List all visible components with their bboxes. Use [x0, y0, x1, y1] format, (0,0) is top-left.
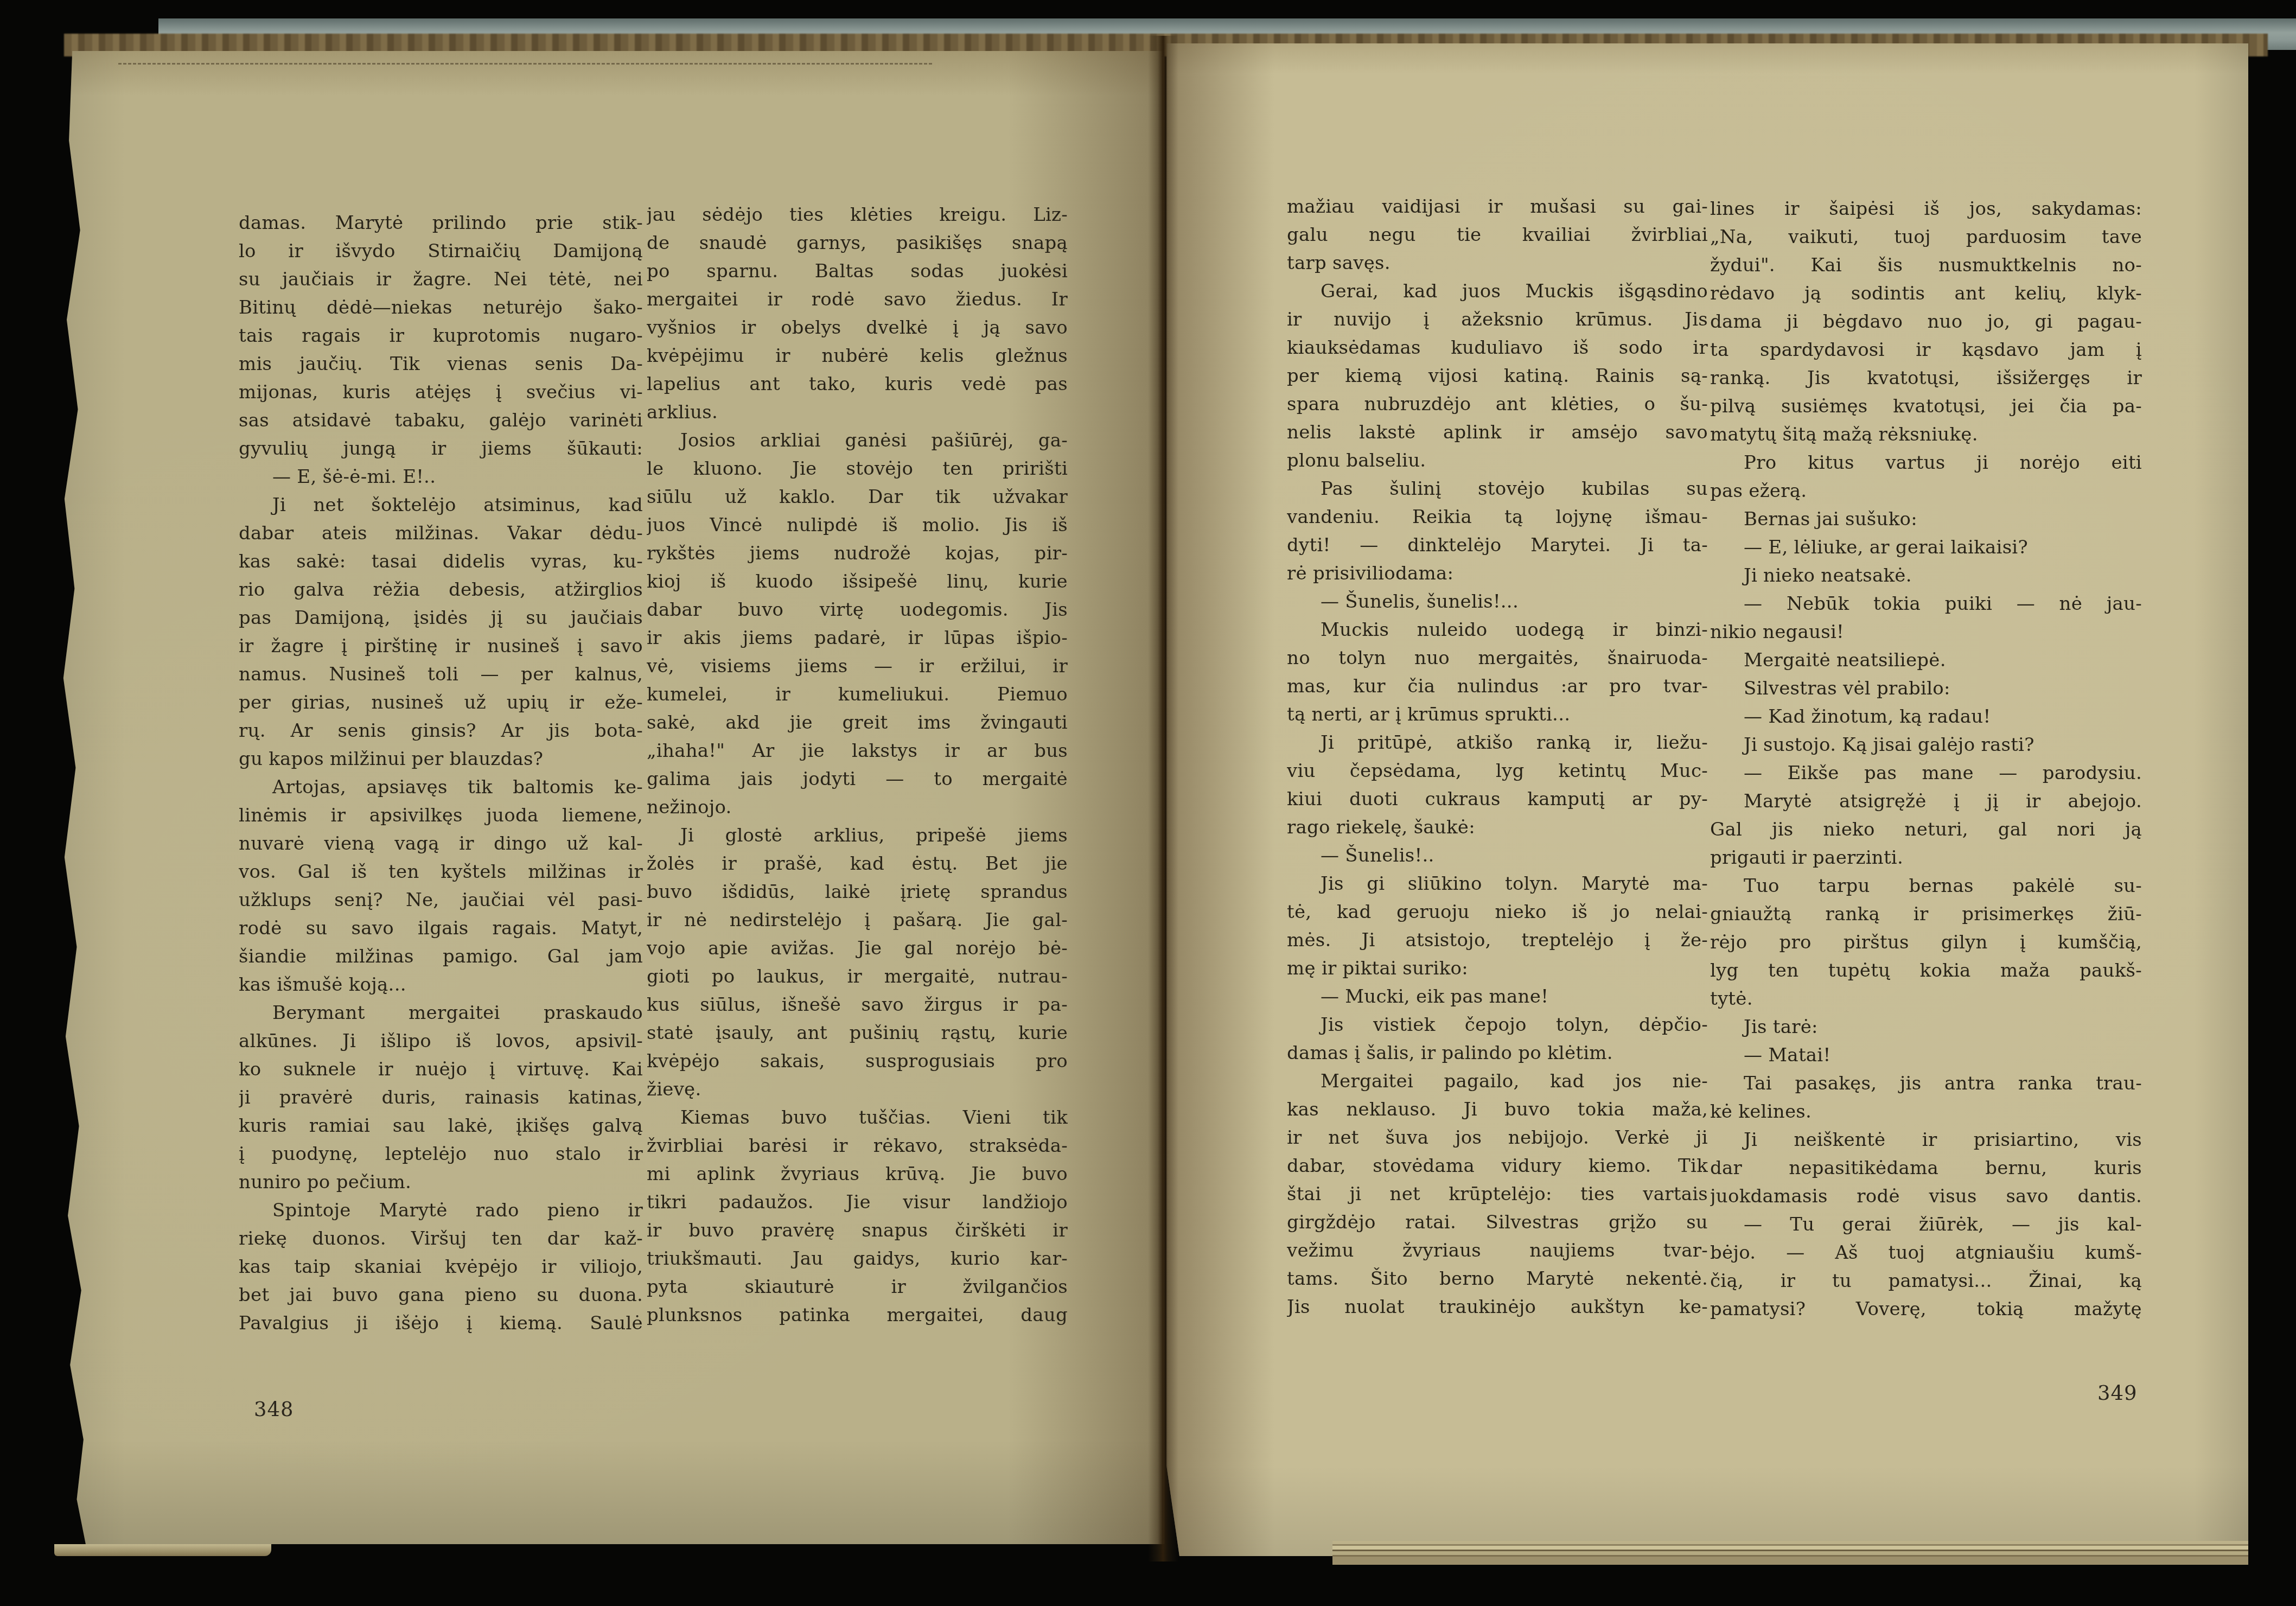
text-line: plunksnos patinka mergaitei, daug: [647, 1301, 1068, 1329]
text-line: žolės ir prašė, kad ėstų. Bet jie: [647, 850, 1068, 878]
text-line: „ihaha!" Ar jie lakstys ir ar bus: [647, 737, 1068, 765]
text-line: tytė.: [1710, 985, 2142, 1013]
text-line: mis jaučių. Tik vienas senis Da-: [239, 350, 643, 378]
text-line: gu kapos milžinui per blauzdas?: [239, 745, 643, 773]
text-line: pas ežerą.: [1710, 477, 2142, 505]
text-line: rago riekelę, šaukė:: [1287, 813, 1708, 842]
text-line: Ji nieko neatsakė.: [1710, 562, 2142, 590]
text-line: gioti po laukus, ir mergaitė, nutrau-: [647, 963, 1068, 991]
text-line: Silvestras vėl prabilo:: [1710, 674, 2142, 703]
page-stack-bottom-edge: [1332, 1541, 2248, 1565]
text-line: pilvą susiėmęs kvatotųsi, jei čia pa-: [1710, 392, 2142, 420]
text-line: ir buvo pravėrę snapus čirškėti ir: [647, 1216, 1068, 1245]
text-line: dabar ateis milžinas. Vakar dėdu-: [239, 519, 643, 547]
text-line: Mergaitė neatsiliepė.: [1710, 646, 2142, 674]
text-line: Ji net šoktelėjo atsiminus, kad: [239, 491, 643, 519]
text-line: mi aplink žvyriaus krūvą. Jie buvo: [647, 1160, 1068, 1188]
text-line: prigauti ir paerzinti.: [1710, 844, 2142, 872]
text-line: alkūnes. Ji išlipo iš lovos, apsivil-: [239, 1027, 643, 1055]
text-line: rykštės jiems nudrožė kojas, pir-: [647, 539, 1068, 568]
text-line: bet jai buvo gana pieno su duona.: [239, 1281, 643, 1309]
text-line: linėmis ir apsivilkęs juoda liemene,: [239, 801, 643, 830]
text-line: Jis nuolat traukinėjo aukštyn ke-: [1287, 1293, 1708, 1321]
text-line: Ji pritūpė, atkišo ranką ir, liežu-: [1287, 729, 1708, 757]
text-line: pas Damijoną, įsidės jį su jaučiais: [239, 604, 643, 632]
text-line: rė prisiviliodama:: [1287, 559, 1708, 588]
text-line: girgždėjo ratai. Silvestras grįžo su: [1287, 1208, 1708, 1237]
text-line: kas neklauso. Ji buvo tokia maža,: [1287, 1095, 1708, 1124]
text-line: Bernas jai sušuko:: [1710, 505, 2142, 533]
text-line: kuris ramiai sau lakė, įkišęs galvą: [239, 1112, 643, 1140]
text-line: Artojas, apsiavęs tik baltomis ke-: [239, 773, 643, 801]
text-line: mažiau vaidijasi ir mušasi su gai-: [1287, 193, 1708, 221]
text-line: ir žagre į pirštinę ir nusineš į savo: [239, 632, 643, 660]
text-line: — Šunelis, šunelis!...: [1287, 588, 1708, 616]
text-line: kas sakė: tasai didelis vyras, ku-: [239, 547, 643, 576]
text-line: bėjo. — Aš tuoj atgniaušiu kumš-: [1710, 1239, 2142, 1267]
text-line: arklius.: [647, 398, 1068, 426]
text-line: mę ir piktai suriko:: [1287, 954, 1708, 983]
text-line: kiauksėdamas kuduliavo iš sodo ir: [1287, 334, 1708, 362]
text-line: per girias, nusineš už upių ir eže-: [239, 689, 643, 717]
text-line: žvirbliai barėsi ir rėkavo, straksėda-: [647, 1132, 1068, 1160]
text-line: nelis lakstė aplink ir amsėjo savo: [1287, 418, 1708, 447]
text-line: dama ji bėgdavo nuo jo, gi pagau-: [1710, 308, 2142, 336]
text-line: jau sėdėjo ties klėties kreigu. Liz-: [647, 201, 1068, 229]
text-line: ir nė nedirstelėjo į pašarą. Jie gal-: [647, 906, 1068, 934]
text-line: Ji glostė arklius, pripešė jiems: [647, 821, 1068, 850]
text-line: pyta skiauturė ir žvilgančios: [647, 1273, 1068, 1301]
text-line: ir net šuva jos nebijojo. Verkė ji: [1287, 1124, 1708, 1152]
text-line: — Kad žinotum, ką radau!: [1710, 703, 2142, 731]
text-line: — Eikše pas mane — parodysiu.: [1710, 759, 2142, 787]
text-line: tarp savęs.: [1287, 249, 1708, 277]
text-line: siūlu už kaklo. Dar tik užvakar: [647, 483, 1068, 511]
text-line: vė, visiems jiems — ir eržilui, ir: [647, 652, 1068, 680]
text-line: Pro kitus vartus ji norėjo eiti: [1710, 449, 2142, 477]
right-page: mažiau vaidijasi ir mušasi su gai-galu n…: [1166, 43, 2248, 1556]
text-line: Gal jis nieko neturi, gal nori ją: [1710, 815, 2142, 844]
text-line: kas taip skaniai kvėpėjo ir viliojo,: [239, 1253, 643, 1281]
text-line: nikio negausi!: [1710, 618, 2142, 646]
text-line: tais ragais ir kuprotomis nugaro-: [239, 322, 643, 350]
text-line: sakė, akd jie greit ims žvingauti: [647, 709, 1068, 737]
text-line: le kluono. Jie stovėjo ten pririšti: [647, 455, 1068, 483]
text-line: Spintoje Marytė rado pieno ir: [239, 1196, 643, 1225]
text-line: ir akis jiems padarė, ir lūpas išpio-: [647, 624, 1068, 652]
text-line: užklups senį? Ne, jaučiai vėl pasi-: [239, 886, 643, 914]
text-line: gniaužtą ranką ir prisimerkęs žiū-: [1710, 900, 2142, 928]
text-line: tams. Šito berno Marytė nekentė.: [1287, 1265, 1708, 1293]
text-line: kumelei, ir kumeliukui. Piemuo: [647, 680, 1068, 709]
text-line: po sparnu. Baltas sodas juokėsi: [647, 257, 1068, 285]
text-line: juokdamasis rodė visus savo dantis.: [1710, 1182, 2142, 1210]
text-line: plonu balseliu.: [1287, 447, 1708, 475]
text-line: Tuo tarpu bernas pakėlė su-: [1710, 872, 2142, 900]
text-line: sas atsidavė tabaku, galėjo varinėti: [239, 406, 643, 435]
text-line: damas į šalis, ir palindo po klėtim.: [1287, 1039, 1708, 1067]
text-line: nuvarė vieną vagą ir dingo už kal-: [239, 830, 643, 858]
text-line: — Nebūk tokia puiki — nė jau-: [1710, 590, 2142, 618]
text-line: tą nerti, ar į krūmus sprukti...: [1287, 700, 1708, 729]
text-line: dabar, stovėdama vidury kiemo. Tik: [1287, 1152, 1708, 1180]
text-line: vežimu žvyriaus naujiems tvar-: [1287, 1237, 1708, 1265]
text-line: dyti! — dinktelėjo Marytei. Ji ta-: [1287, 531, 1708, 559]
text-line: Bitinų dėdė—niekas neturėjo šako-: [239, 294, 643, 322]
text-line: su jaučiais ir žagre. Nei tėtė, nei: [239, 265, 643, 294]
text-line: de snaudė garnys, pasikišęs snapą: [647, 229, 1068, 257]
gutter-shadow: [1148, 36, 1178, 1562]
text-line: ir nuvijo į ažeksnio krūmus. Jis: [1287, 305, 1708, 334]
text-line: kė kelines.: [1710, 1098, 2142, 1126]
text-line: Muckis nuleido uodegą ir binzi-: [1287, 616, 1708, 644]
text-line: mijonas, kuris atėjęs į svečius vi-: [239, 378, 643, 406]
text-line: dabar buvo virtę uodegomis. Jis: [647, 596, 1068, 624]
text-line: kvėpėjo sakais, susprogusiais pro: [647, 1047, 1068, 1075]
text-line: riekę duonos. Viršuj ten dar kaž-: [239, 1225, 643, 1253]
page-number-right: 349: [2097, 1381, 2138, 1405]
text-line: Jis tarė:: [1710, 1013, 2142, 1041]
text-line: gyvulių jungą ir jiems šūkauti:: [239, 435, 643, 463]
text-line: — E, lėliuke, ar gerai laikaisi?: [1710, 533, 2142, 562]
right-page-column-1: mažiau vaidijasi ir mušasi su gai-galu n…: [1287, 193, 1708, 1321]
text-line: nuniro po pečium.: [239, 1168, 643, 1196]
text-line: lines ir šaipėsi iš jos, sakydamas:: [1710, 195, 2142, 223]
page-stack-bottom-left-edge: [54, 1544, 271, 1556]
text-line: statė įsauly, ant pušinių rąstų, kurie: [647, 1019, 1068, 1047]
left-page: damas. Marytė prilindo prie stik-lo ir i…: [48, 51, 1164, 1544]
text-line: — Matai!: [1710, 1041, 2142, 1069]
text-line: Jis vistiek čepojo tolyn, dėpčio-: [1287, 1011, 1708, 1039]
text-line: į puodynę, leptelėjo nuo stalo ir: [239, 1140, 643, 1168]
text-line: nežinojo.: [647, 793, 1068, 821]
text-line: rio galva rėžia debesis, atžirglios: [239, 576, 643, 604]
text-line: štai ji net krūptelėjo: ties vartais: [1287, 1180, 1708, 1208]
text-line: Kiemas buvo tuščias. Vieni tik: [647, 1104, 1068, 1132]
text-line: vandeniu. Reikia tą lojynę išmau-: [1287, 503, 1708, 531]
text-line: buvo išdidūs, laikė įrietę sprandus: [647, 878, 1068, 906]
book-spread-scan: damas. Marytė prilindo prie stik-lo ir i…: [0, 0, 2296, 1606]
text-line: Pas šulinį stovėjo kubilas su: [1287, 475, 1708, 503]
text-line: mės. Ji atsistojo, treptelėjo į že-: [1287, 926, 1708, 954]
text-line: lapelius ant tako, kuris vedė pas: [647, 370, 1068, 398]
text-line: vos. Gal iš ten kyštels milžinas ir: [239, 858, 643, 886]
text-line: vyšnios ir obelys dvelkė į ją savo: [647, 314, 1068, 342]
text-line: triukšmauti. Jau gaidys, kurio kar-: [647, 1245, 1068, 1273]
text-line: lo ir išvydo Stirnaičių Damijoną: [239, 237, 643, 265]
text-line: galu negu tie kvailiai žvirbliai: [1287, 221, 1708, 249]
text-line: ji pravėrė duris, rainasis katinas,: [239, 1084, 643, 1112]
left-page-column-1: damas. Marytė prilindo prie stik-lo ir i…: [239, 209, 643, 1337]
stitch-line: [118, 63, 932, 65]
text-line: čią, ir tu pamatysi... Žinai, ką: [1710, 1267, 2142, 1295]
page-number-left: 348: [254, 1398, 294, 1421]
text-line: viu čepsėdama, lyg ketintų Muc-: [1287, 757, 1708, 785]
text-line: žydui". Kai šis nusmuktkelnis no-: [1710, 251, 2142, 279]
left-page-column-2: jau sėdėjo ties klėties kreigu. Liz-de s…: [647, 201, 1068, 1329]
text-line: Mergaitei pagailo, kad jos nie-: [1287, 1067, 1708, 1095]
text-line: dar nepasitikėdama bernu, kuris: [1710, 1154, 2142, 1182]
text-line: rodė su savo ilgais ragais. Matyt,: [239, 914, 643, 942]
text-line: tė, kad geruoju nieko iš jo nelai-: [1287, 898, 1708, 926]
text-line: rų. Ar senis ginsis? Ar jis bota-: [239, 717, 643, 745]
text-line: Josios arkliai ganėsi pašiūrėj, ga-: [647, 426, 1068, 455]
text-line: galima jais jodyti — to mergaitė: [647, 765, 1068, 793]
text-line: šiandie milžinas pamigo. Gal jam: [239, 942, 643, 971]
text-line: — Mucki, eik pas mane!: [1287, 983, 1708, 1011]
text-line: Ji neiškentė ir prisiartino, vis: [1710, 1126, 2142, 1154]
text-line: damas. Marytė prilindo prie stik-: [239, 209, 643, 237]
text-line: Ji sustojo. Ką jisai galėjo rasti?: [1710, 731, 2142, 759]
text-line: Tai pasakęs, jis antra ranka trau-: [1710, 1069, 2142, 1098]
text-line: no tolyn nuo mergaitės, šnairuoda-: [1287, 644, 1708, 672]
text-line: kiui duoti cukraus kamputį ar py-: [1287, 785, 1708, 813]
text-line: ta spardydavosi ir kąsdavo jam į: [1710, 336, 2142, 364]
text-line: mergaitei ir rodė savo žiedus. Ir: [647, 285, 1068, 314]
text-line: „Na, vaikuti, tuoj parduosim tave: [1710, 223, 2142, 251]
text-line: kvėpėjimu ir nubėrė kelis gležnus: [647, 342, 1068, 370]
text-line: Pavalgius ji išėjo į kiemą. Saulė: [239, 1309, 643, 1337]
text-line: lyg ten tupėtų kokia maža paukš-: [1710, 957, 2142, 985]
text-line: ranką. Jis kvatotųsi, išsižergęs ir: [1710, 364, 2142, 392]
text-line: pamatysi? Voverę, tokią mažytę: [1710, 1295, 2142, 1323]
text-line: žievę.: [647, 1075, 1068, 1104]
text-line: per kiemą vijosi katiną. Rainis są-: [1287, 362, 1708, 390]
text-line: — Tu gerai žiūrėk, — jis kal-: [1710, 1210, 2142, 1239]
text-line: rėjo pro pirštus gilyn į kumščią,: [1710, 928, 2142, 957]
text-line: kus siūlus, išnešė savo žirgus ir pa-: [647, 991, 1068, 1019]
text-line: matytų šitą mažą rėksniukę.: [1710, 420, 2142, 449]
text-line: Marytė atsigręžė į jį ir abejojo.: [1710, 787, 2142, 815]
text-line: ko suknele ir nuėjo į virtuvę. Kai: [239, 1055, 643, 1084]
text-line: kas išmušė koją...: [239, 971, 643, 999]
text-line: Gerai, kad juos Muckis išgąsdino: [1287, 277, 1708, 305]
right-page-column-2: lines ir šaipėsi iš jos, sakydamas:„Na, …: [1710, 195, 2142, 1323]
text-line: rėdavo ją sodintis ant kelių, klyk-: [1710, 279, 2142, 308]
text-line: Berymant mergaitei praskaudo: [239, 999, 643, 1027]
text-line: vojo apie avižas. Jie gal norėjo bė-: [647, 934, 1068, 963]
text-line: — E, šė-ė-mi. E!..: [239, 463, 643, 491]
text-line: tikri padaužos. Jie visur landžiojo: [647, 1188, 1068, 1216]
text-line: juos Vincė nulipdė iš molio. Jis iš: [647, 511, 1068, 539]
text-line: Jis gi sliūkino tolyn. Marytė ma-: [1287, 870, 1708, 898]
text-line: spara nubruzdėjo ant klėties, o šu-: [1287, 390, 1708, 418]
text-line: namus. Nusineš toli — per kalnus,: [239, 660, 643, 689]
text-line: kioj iš kuodo išsipešė linų, kurie: [647, 568, 1068, 596]
text-line: — Šunelis!..: [1287, 842, 1708, 870]
text-line: mas, kur čia nulindus :ar pro tvar-: [1287, 672, 1708, 700]
